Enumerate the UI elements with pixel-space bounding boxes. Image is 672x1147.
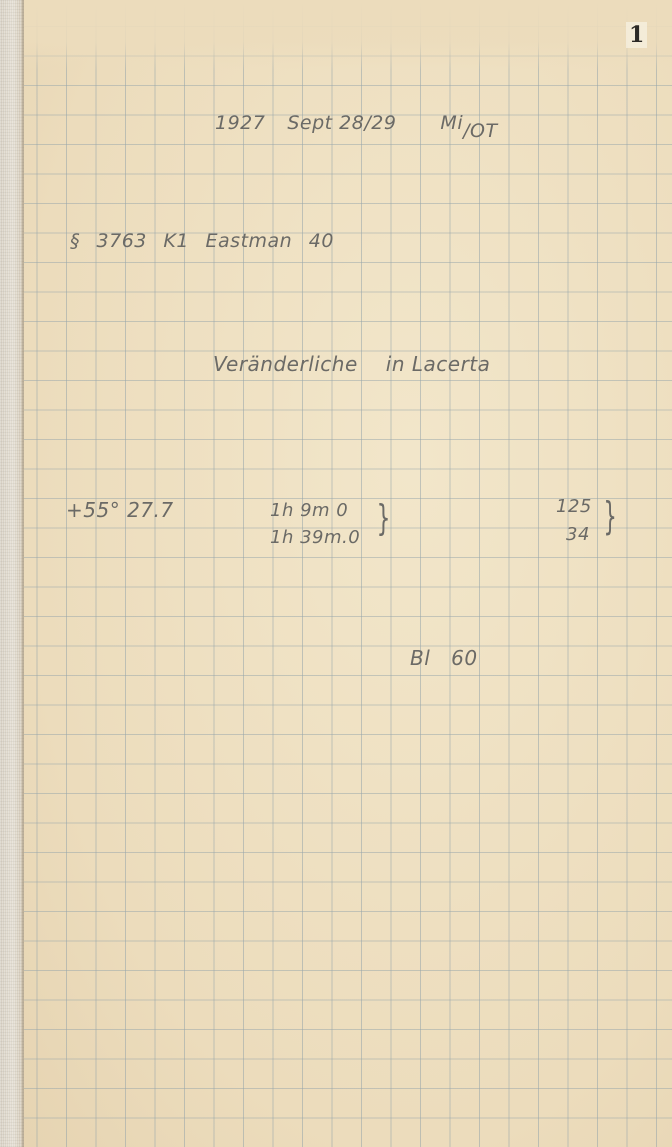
title-word-1: Veränderliche bbox=[213, 352, 358, 376]
date-line: 1927Sept 28/29Mi/OT bbox=[215, 112, 498, 134]
time-end: 1h 39m.0 bbox=[270, 527, 360, 548]
observation-date: Sept 28/29 bbox=[287, 112, 396, 134]
year: 1927 bbox=[215, 112, 265, 134]
title-line: Veränderlichein Lacerta bbox=[213, 352, 490, 376]
plate-info-line: § 3763 K1 Eastman 40 bbox=[70, 230, 334, 252]
exposure-note: Bl 60 bbox=[410, 646, 478, 670]
observer-note-fraction: /OT bbox=[463, 120, 497, 142]
value-lower: 34 bbox=[566, 524, 590, 545]
page-number-stamp: 1 bbox=[626, 22, 647, 48]
graph-paper-sheet bbox=[24, 0, 672, 1147]
brace-mark-2: } bbox=[604, 494, 618, 538]
title-word-2: in Lacerta bbox=[386, 352, 491, 376]
declination-value: +55° 27.7 bbox=[66, 498, 174, 522]
observer-note: Mi bbox=[440, 112, 463, 134]
value-upper: 125 bbox=[556, 496, 592, 517]
time-start: 1h 9m 0 bbox=[270, 500, 348, 521]
brace-mark-1: } bbox=[377, 498, 391, 539]
sheet-top-margin bbox=[24, 0, 672, 70]
notebook-binding bbox=[0, 0, 24, 1147]
